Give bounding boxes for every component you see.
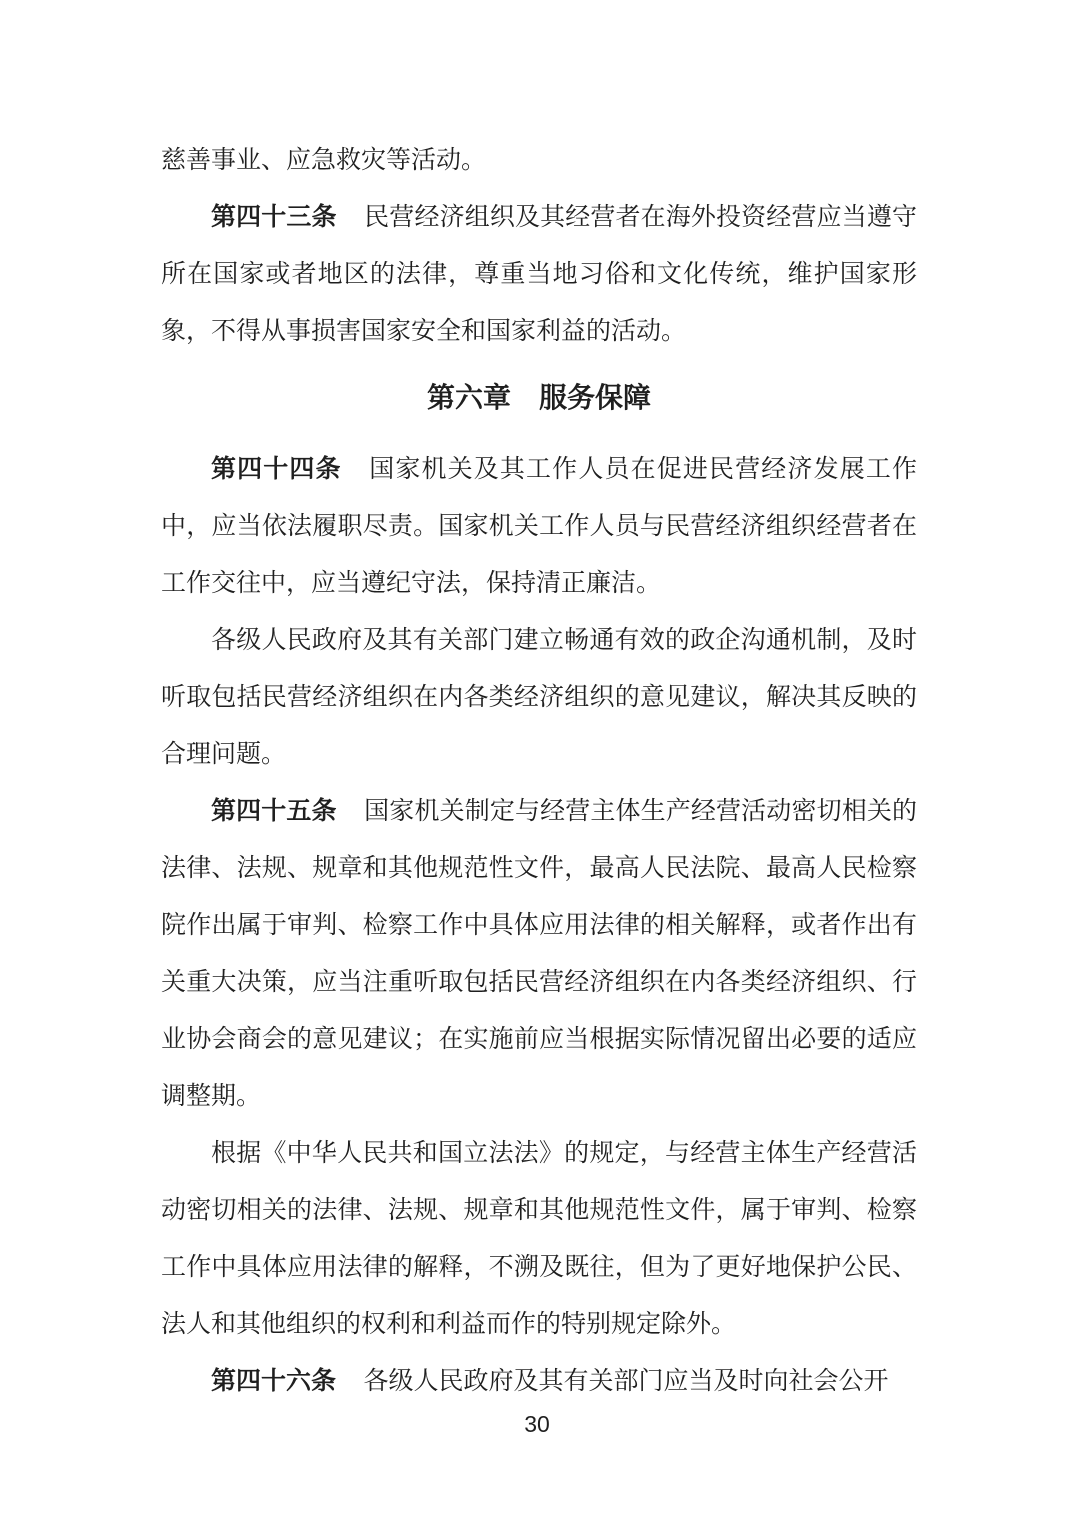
chapter-number: 第六章 xyxy=(427,383,511,414)
paragraph-article-44-clause-2: 各级人民政府及其有关部门建立畅通有效的政企沟通机制，及时听取包括民营经济组织在内… xyxy=(161,612,917,783)
article-46-text: 各级人民政府及其有关部门应当及时向社会公开 xyxy=(364,1368,889,1395)
paragraph-article-46: 第四十六条各级人民政府及其有关部门应当及时向社会公开 xyxy=(161,1353,917,1410)
chapter-title: 服务保障 xyxy=(539,383,651,414)
article-45-label: 第四十五条 xyxy=(211,798,337,825)
article-43-label: 第四十三条 xyxy=(211,204,337,231)
article-46-label: 第四十六条 xyxy=(211,1368,336,1395)
paragraph-article-45-clause-2: 根据《中华人民共和国立法法》的规定，与经营主体生产经营活动密切相关的法律、法规、… xyxy=(161,1125,917,1353)
chapter-heading: 第六章服务保障 xyxy=(161,370,917,427)
document-body: 慈善事业、应急救灾等活动。 第四十三条民营经济组织及其经营者在海外投资经营应当遵… xyxy=(161,132,917,1410)
article-45-text: 国家机关制定与经营主体生产经营活动密切相关的法律、法规、规章和其他规范性文件，最… xyxy=(161,798,917,1110)
paragraph-continuation: 慈善事业、应急救灾等活动。 xyxy=(161,132,917,189)
paragraph-article-45: 第四十五条国家机关制定与经营主体生产经营活动密切相关的法律、法规、规章和其他规范… xyxy=(161,783,917,1125)
article-44-label: 第四十四条 xyxy=(211,456,342,483)
page-number: 30 xyxy=(0,1410,1074,1438)
document-page: 慈善事业、应急救灾等活动。 第四十三条民营经济组织及其经营者在海外投资经营应当遵… xyxy=(0,0,1074,1520)
paragraph-article-44: 第四十四条国家机关及其工作人员在促进民营经济发展工作中，应当依法履职尽责。国家机… xyxy=(161,441,917,612)
paragraph-article-43: 第四十三条民营经济组织及其经营者在海外投资经营应当遵守所在国家或者地区的法律，尊… xyxy=(161,189,917,360)
